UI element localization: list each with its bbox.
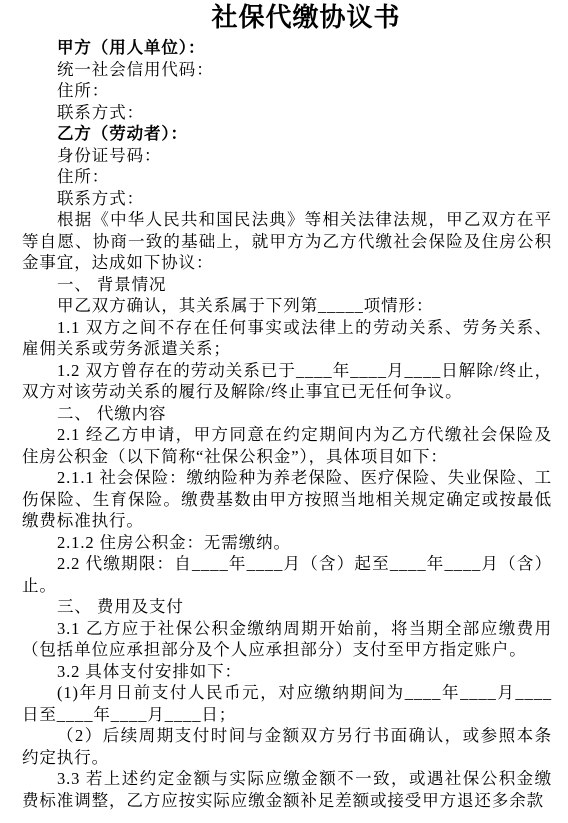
party-b-id-number: 身份证号码：: [22, 145, 552, 167]
clause-2-1-1: 2.1.1 社会保险：缴纳险种为养老保险、医疗保险、失业保险、工伤保险、生育保险…: [22, 467, 552, 532]
clause-3-3: 3.3 若上述约定金额与实际应缴金额不一致，或遇社保公积金缴费标准调整，乙方应按…: [22, 768, 552, 811]
party-a-address: 住所：: [22, 80, 552, 102]
party-b-label: 乙方（劳动者）：: [22, 123, 552, 145]
section-2-heading: 二、 代缴内容: [22, 403, 552, 425]
clause-3-1: 3.1 乙方应于社保公积金缴纳周期开始前，将当期全部应缴费用（包括单位应承担部分…: [22, 618, 552, 661]
party-b-contact: 联系方式：: [22, 188, 552, 210]
clause-2-2: 2.2 代缴期限：自____年____月（含）起至____年____月（含）止。: [22, 553, 552, 596]
clause-2-1-2: 2.1.2 住房公积金：无需缴纳。: [22, 532, 552, 554]
document-body: 甲方（用人单位）：统一社会信用代码：住所：联系方式：乙方（劳动者）：身份证号码：…: [22, 37, 552, 811]
preamble: 根据《中华人民共和国民法典》等相关法律法规，甲乙双方在平等自愿、协商一致的基础上…: [22, 209, 552, 274]
clause-1-1: 1.1 双方之间不存在任何事实或法律上的劳动关系、劳务关系、雇佣关系或劳务派遣关…: [22, 317, 552, 360]
document-title: 社保代缴协议书: [22, 3, 552, 33]
clause-1-0: 甲乙双方确认，其关系属于下列第_____项情形：: [22, 295, 552, 317]
clause-3-2: 3.2 具体支付安排如下：: [22, 661, 552, 683]
clause-3-2-item-2: （2）后续周期支付时间与金额双方另行书面确认，或参照本条约定执行。: [22, 725, 552, 768]
section-1-heading: 一、 背景情况: [22, 274, 552, 296]
party-a-label: 甲方（用人单位）：: [22, 37, 552, 59]
party-a-contact: 联系方式：: [22, 102, 552, 124]
clause-1-2: 1.2 双方曾存在的劳动关系已于____年____月____日解除/终止，双方对…: [22, 360, 552, 403]
agreement-document: 社保代缴协议书 甲方（用人单位）：统一社会信用代码：住所：联系方式：乙方（劳动者…: [0, 0, 568, 823]
party-a-credit-code: 统一社会信用代码：: [22, 59, 552, 81]
clause-3-2-item-1: (1)年月日前支付人民币元，对应缴纳期间为____年____月____日至___…: [22, 682, 552, 725]
party-b-address: 住所：: [22, 166, 552, 188]
section-3-heading: 三、 费用及支付: [22, 596, 552, 618]
clause-2-1: 2.1 经乙方申请，甲方同意在约定期间内为乙方代缴社会保险及住房公积金（以下简称…: [22, 424, 552, 467]
